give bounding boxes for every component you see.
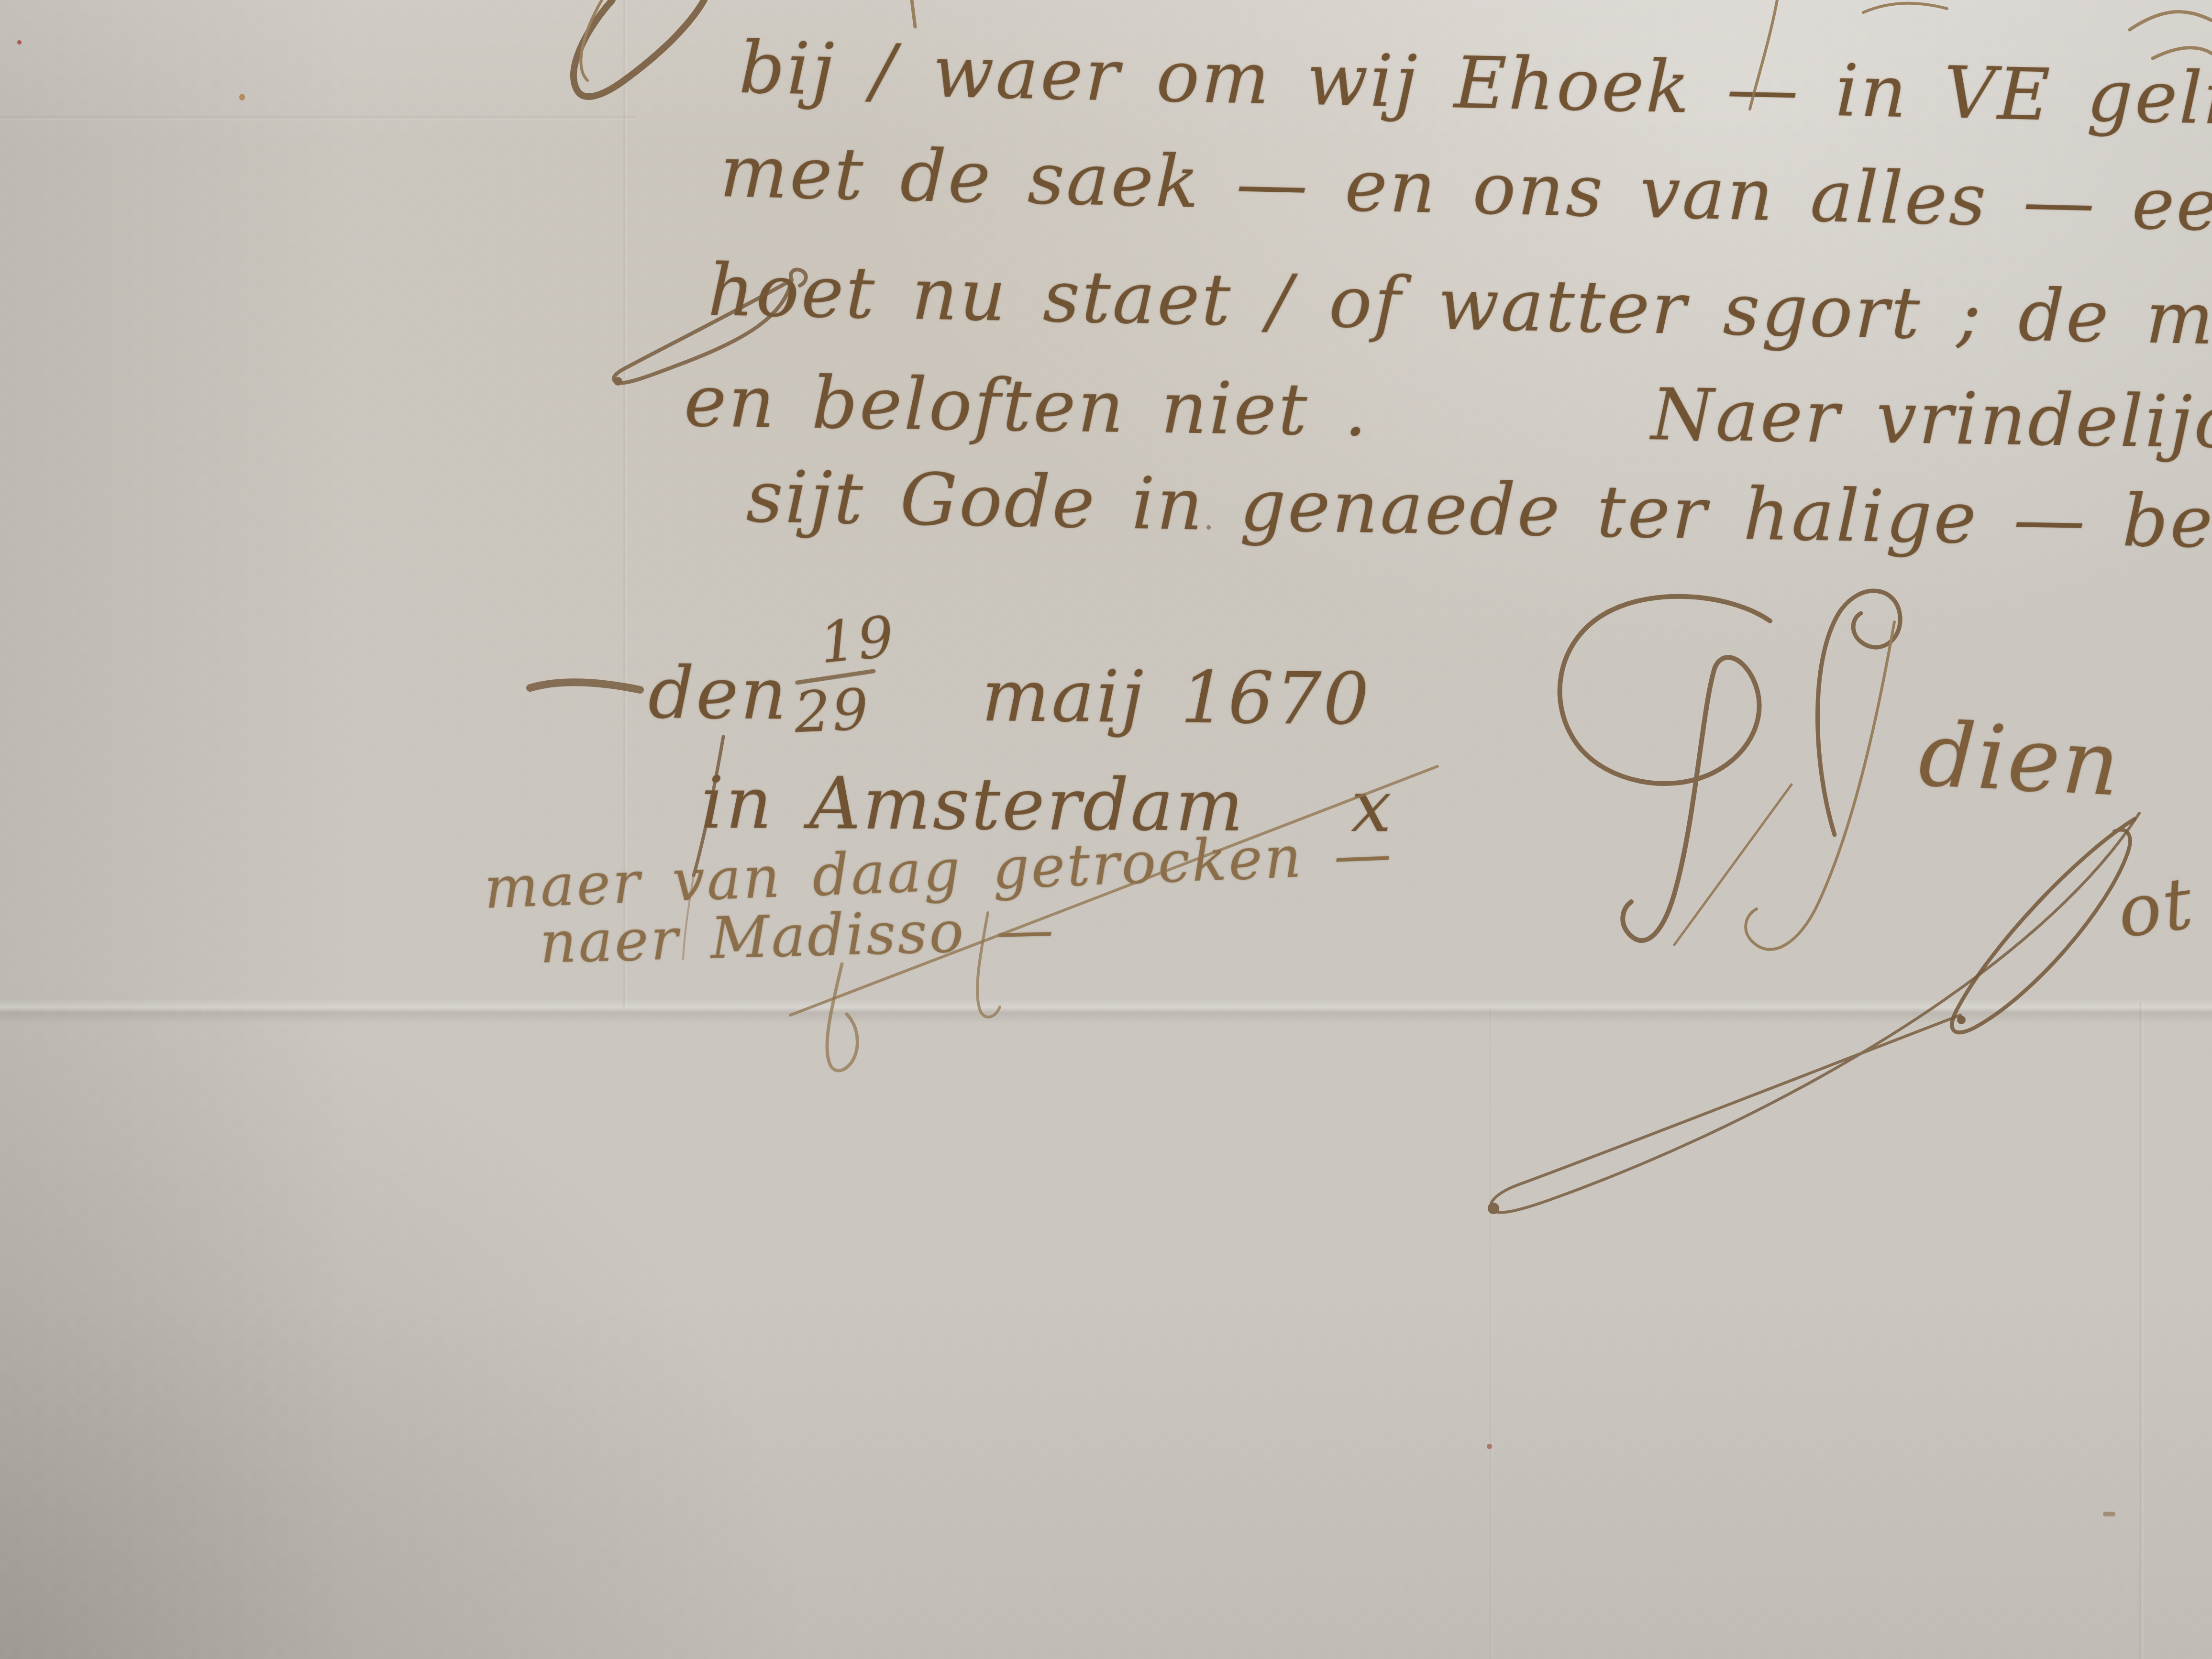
manuscript-line-1: bij / waer om wij Ehoek — in VE gelieft …: [738, 26, 2212, 145]
manuscript-line-3: hoet nu staet / of watter sgort ; de man: [707, 249, 2212, 363]
paper-speck: [17, 40, 22, 44]
date-fraction-denominator: 29: [793, 675, 901, 745]
vertical-crease-lower-right: [2138, 1002, 2144, 1659]
manuscript-line-5: sijt Gode in genaede ter halige — bev: [745, 455, 2212, 565]
date-fraction: 19 29: [791, 608, 898, 747]
horizontal-fold-crease: [0, 999, 2212, 1024]
date-lead-dash: [530, 682, 640, 690]
manuscript-line-2: met de saek — en ons van alles — eens te…: [719, 130, 2212, 254]
signature-monogram-loops: [1560, 591, 1901, 950]
date-line: den 19 29 maij 1670: [648, 652, 1371, 741]
signature-lower-fragment: ot: [2112, 862, 2199, 954]
date-word: den: [648, 652, 789, 736]
paper-speck: [239, 94, 245, 100]
horizontal-crease-top-left: [0, 115, 636, 121]
date-fraction-numerator: 19: [817, 600, 928, 676]
paper-speck: [2103, 1512, 2115, 1516]
vertical-crease-lower-center: [1489, 1007, 1493, 1659]
paper-speck: [1487, 1444, 1492, 1449]
manuscript-photo: bij / waer om wij Ehoek — in VE gelieft …: [0, 0, 2212, 1659]
signature-name-fragment: dien: [1916, 702, 2124, 816]
manuscript-line-4: en beloften niet . Naer vrindelijck: [684, 360, 2212, 465]
cancelled-line-2: naer Madisso —: [539, 896, 1056, 976]
date-month-year: maij 1670: [981, 654, 1371, 741]
